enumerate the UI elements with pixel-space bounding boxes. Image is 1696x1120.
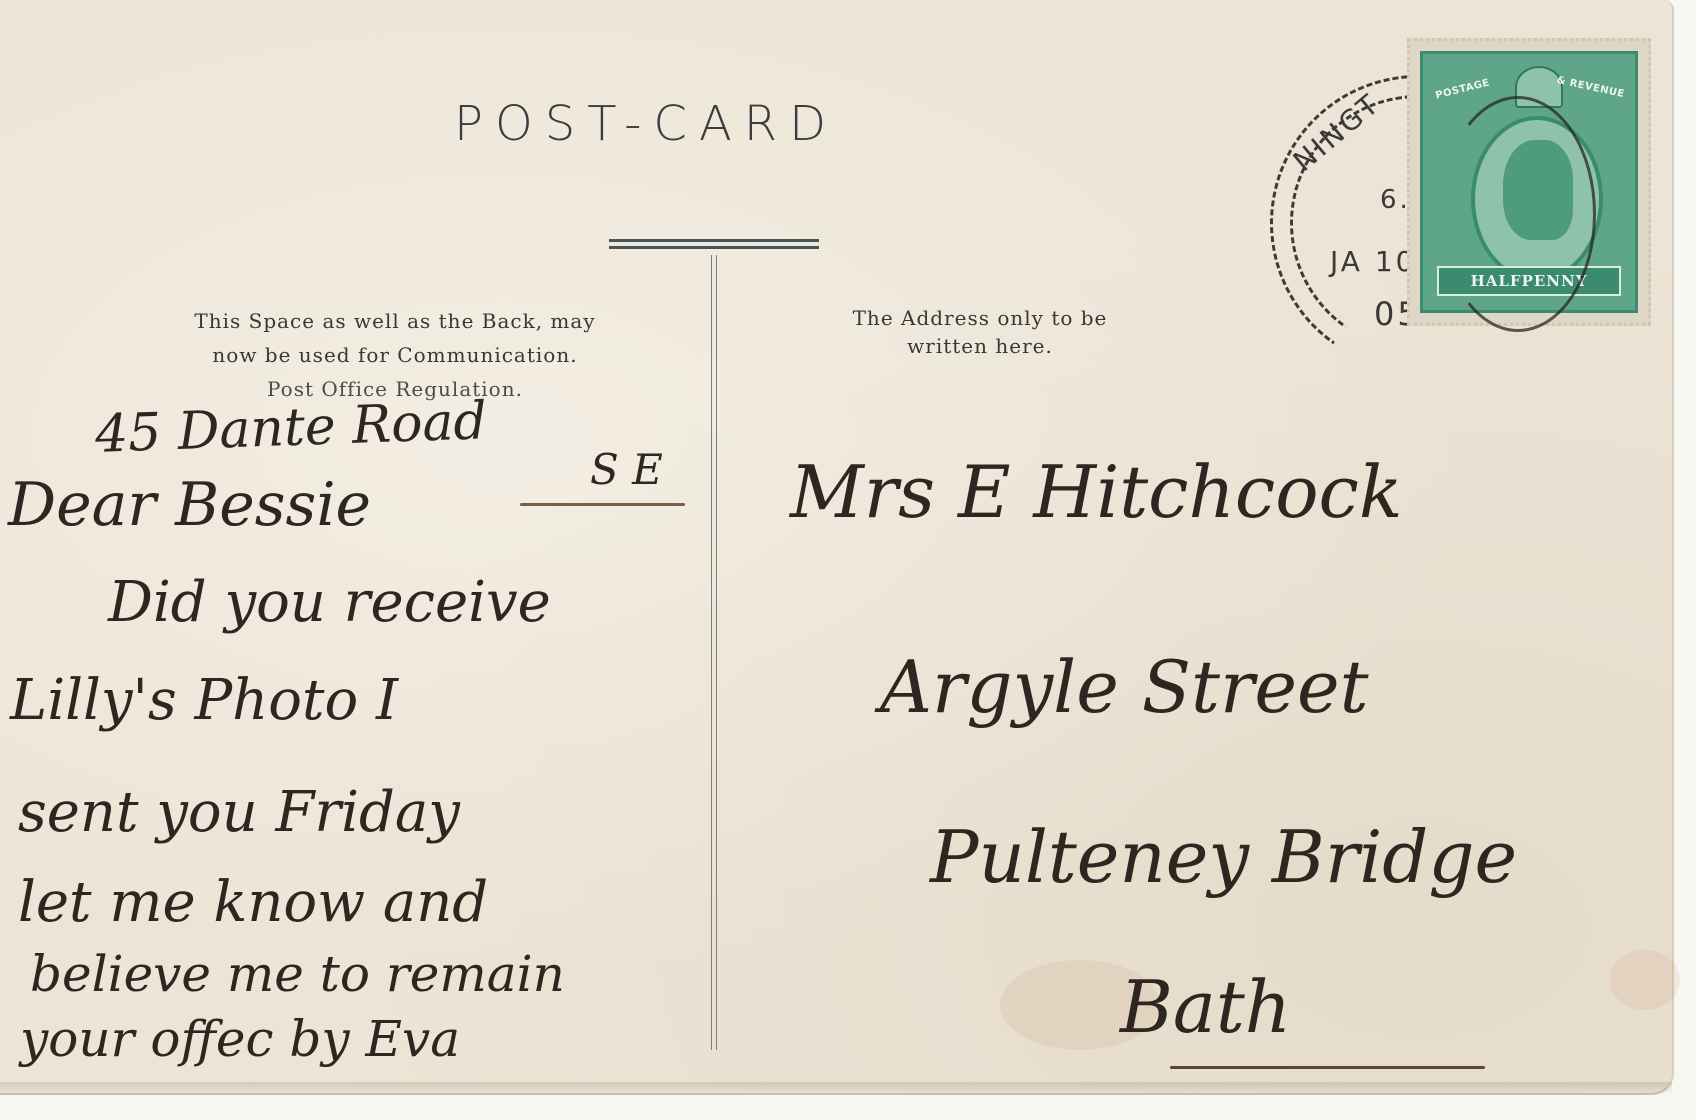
handwritten-line: S E <box>590 445 663 494</box>
handwritten-line: Did you receive <box>108 570 551 635</box>
postcard-title: POST-CARD <box>454 96 838 152</box>
handwritten-line: Dear Bessie <box>8 470 371 540</box>
handwritten-line: Lilly's Photo I <box>10 668 398 733</box>
instruction-line: This Space as well as the Back, may <box>110 304 680 338</box>
address-line: Mrs E Hitchcock <box>790 450 1403 534</box>
address-line: Pulteney Bridge <box>930 815 1517 899</box>
address-underline <box>1170 1066 1485 1069</box>
address-line: Argyle Street <box>880 645 1369 729</box>
cancellation-ring <box>1440 96 1596 332</box>
title-rule-top <box>609 239 819 242</box>
handwritten-underline <box>520 503 685 506</box>
card-worn-edge <box>0 1082 1672 1094</box>
message-instructions: This Space as well as the Back, may now … <box>110 304 680 406</box>
title-rule-bottom <box>609 246 819 249</box>
instruction-line: written here. <box>800 332 1160 360</box>
instruction-line: The Address only to be <box>800 304 1160 332</box>
address-line: Bath <box>1120 965 1291 1049</box>
instruction-line: now be used for Communication. <box>110 338 680 372</box>
handwritten-line: your offec by Eva <box>20 1010 460 1068</box>
handwritten-line: 45 Dante Road <box>94 391 488 465</box>
handwritten-line: sent you Friday <box>18 780 460 845</box>
center-divider <box>711 255 717 1050</box>
stamp-revenue-label: & REVENUE <box>1555 75 1625 100</box>
postmark-date: JA 10 <box>1330 245 1416 278</box>
postcard: POST-CARD This Space as well as the Back… <box>0 0 1674 1095</box>
address-instructions: The Address only to be written here. <box>800 304 1160 360</box>
handwritten-line: let me know and <box>18 870 488 935</box>
stamp-postage-label: POSTAGE <box>1434 77 1490 101</box>
handwritten-line: believe me to remain <box>30 945 565 1003</box>
paper-stain <box>1610 950 1680 1010</box>
